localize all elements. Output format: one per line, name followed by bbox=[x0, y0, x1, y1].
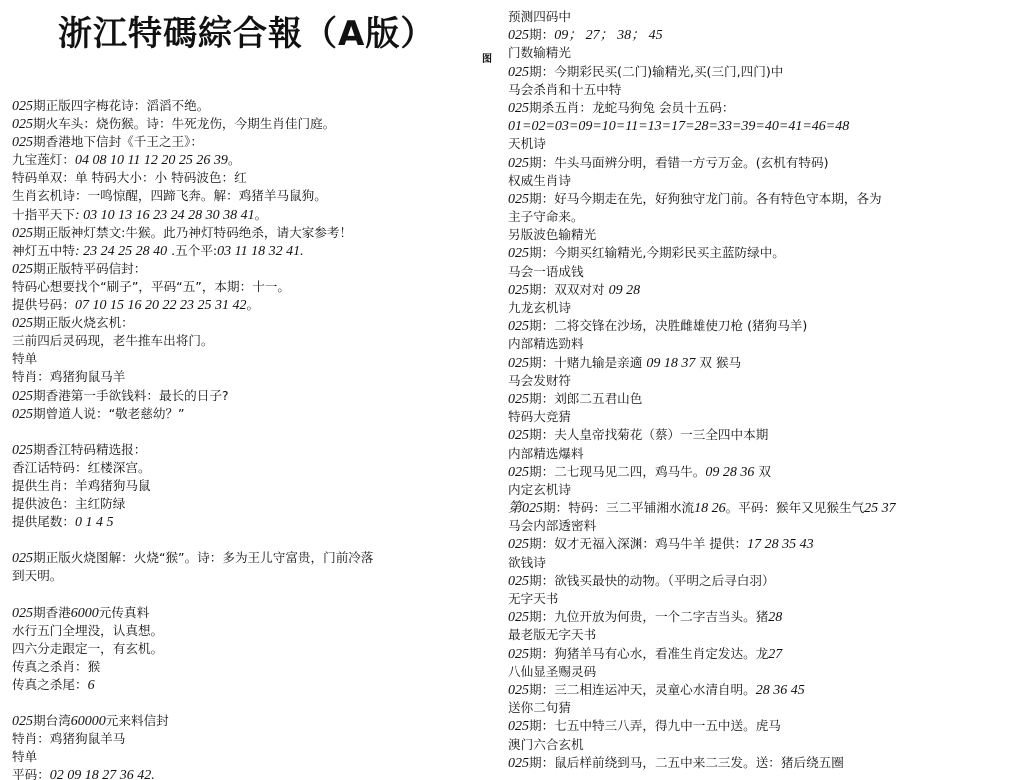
issue-number: 025 bbox=[12, 389, 33, 404]
line-text: 十指平天下 bbox=[12, 207, 75, 222]
text-line: 九宝莲灯：04 08 10 11 12 20 25 26 39。 bbox=[12, 151, 492, 169]
left-column: 025期正版四字梅花诗：滔滔不绝。025期火车头：烧伤猴。诗：牛死龙伤，今期生肖… bbox=[12, 97, 492, 780]
line-text: 期：今期买红输精光,今期彩民买主蓝防绿中。 bbox=[529, 245, 785, 260]
numbers: 28 bbox=[768, 610, 782, 625]
issue-number: 025 bbox=[508, 65, 529, 80]
issue-number: 025 bbox=[12, 262, 33, 277]
text-line: 特肖：鸡猪狗鼠马羊 bbox=[12, 368, 492, 386]
line-text: 香江话特码：红楼深宫。 bbox=[12, 460, 151, 475]
numbers: 09； 27； 38； 45 bbox=[554, 28, 663, 43]
text-line: 025期香港第一手欲钱料：最长的日子? bbox=[12, 387, 492, 405]
page-title: 浙江特碼綜合報（A版） bbox=[58, 6, 435, 55]
numbers: 6000 bbox=[71, 606, 99, 621]
line-text: 欲钱诗 bbox=[508, 555, 546, 570]
issue-number: 025 bbox=[508, 192, 529, 207]
text-line: 特单 bbox=[12, 748, 492, 766]
numbers: 09 28 36 bbox=[705, 465, 754, 480]
text-line: 澳门六合玄机 bbox=[508, 736, 1018, 754]
line-text: 内部精选勁料 bbox=[508, 336, 584, 351]
text-line: 025期：今期彩民买(二门)输精光,买(三门,四门)中 bbox=[508, 63, 1018, 81]
line-text: 期正版火烧玄机： bbox=[33, 315, 134, 330]
line-text: 期：今期彩民买(二门)输精光,买(三门,四门)中 bbox=[529, 64, 783, 79]
line-text: 期：狗猪羊马有心水，看准生肖定发达。龙 bbox=[529, 646, 768, 661]
text-line: 特码大竞猜 bbox=[508, 408, 1018, 426]
issue-number: 025 bbox=[508, 647, 529, 662]
line-text: 期：刘郎二五君山色 bbox=[529, 391, 642, 406]
text-line: 025期台湾60000元来料信封 bbox=[12, 712, 492, 730]
line-text: 门数输精光 bbox=[508, 45, 571, 60]
line-text: 九宝莲灯： bbox=[12, 152, 75, 167]
text-line: 025期正版火烧玄机： bbox=[12, 314, 492, 332]
line-text: 九龙玄机诗 bbox=[508, 300, 571, 315]
line-text: 期：奴才无福入深渊：鸡马牛羊 提供： bbox=[529, 536, 747, 551]
issue-number: 025 bbox=[508, 756, 529, 771]
text-line: 025期香港6000元传真料 bbox=[12, 604, 492, 622]
line-text: 传真之杀尾： bbox=[12, 677, 88, 692]
text-line: 特码单双：单 特码大小：小 特码波色：红 bbox=[12, 169, 492, 187]
numbers: 60000 bbox=[71, 714, 106, 729]
text-line: 025期：09； 27； 38； 45 bbox=[508, 26, 1018, 44]
line-text: 期：鼠后样前绕到马，二五中来二三发。送：猪后绕五圈 bbox=[529, 755, 844, 770]
text-line: 四六分走跟定一，有玄机。 bbox=[12, 640, 492, 658]
numbers: : 23 24 25 28 40 bbox=[75, 244, 167, 259]
text-line: 内部精选爆料 bbox=[508, 445, 1018, 463]
line-text: 期： bbox=[529, 27, 554, 42]
numbers: 02 09 18 27 36 42. bbox=[50, 768, 155, 780]
text-line: 025期：欲钱买最快的动物。（平明之后寻白羽） bbox=[508, 572, 1018, 590]
spacer bbox=[12, 694, 492, 712]
line-text: 内部精选爆料 bbox=[508, 446, 584, 461]
line-text: 期：双双对对 bbox=[529, 282, 609, 297]
text-line: 水行五门全埋没，认真想。 bbox=[12, 622, 492, 640]
text-line: 提供生肖：羊鸡猪狗马鼠 bbox=[12, 477, 492, 495]
line-text: 期：好马今期走在先，好狗独守龙门前。各有特色守本期，各为 bbox=[529, 191, 882, 206]
text-line: 香江话特码：红楼深宫。 bbox=[12, 459, 492, 477]
text-line: 九龙玄机诗 bbox=[508, 299, 1018, 317]
numbers: 27 bbox=[768, 647, 782, 662]
issue-number: 025 bbox=[12, 316, 33, 331]
text-line: 门数输精光 bbox=[508, 44, 1018, 62]
text-line: 特肖：鸡猪狗鼠羊马 bbox=[12, 730, 492, 748]
issue-number: 025 bbox=[508, 537, 529, 552]
issue-number: 025 bbox=[508, 719, 529, 734]
numbers: : 03 10 13 16 23 24 28 30 38 41 bbox=[75, 208, 255, 223]
line-text: 期香港 bbox=[33, 605, 71, 620]
line-text: 特肖：鸡猪狗鼠马羊 bbox=[12, 369, 125, 384]
numbers: 18 26 bbox=[694, 501, 726, 516]
text-line: 025期正版四字梅花诗：滔滔不绝。 bbox=[12, 97, 492, 115]
issue-number: 025 bbox=[12, 407, 33, 422]
line-text: 期：牛头马面辨分明，看错一方亏万金。(玄机有特码) bbox=[529, 155, 828, 170]
line-text: 期：七五中特三八弄，得九中一五中送。虎马 bbox=[529, 718, 781, 733]
text-line: 025期香江特码精选报： bbox=[12, 441, 492, 459]
text-line: 天机诗 bbox=[508, 135, 1018, 153]
text-line: 025期：狗猪羊马有心水，看准生肖定发达。龙27 bbox=[508, 645, 1018, 663]
line-text: 期火车头：烧伤猴。诗：牛死龙伤，今期生肖佳门庭。 bbox=[33, 116, 335, 131]
issue-number: 025 bbox=[508, 574, 529, 589]
text-line: 025期正版特平码信封： bbox=[12, 260, 492, 278]
issue-number: 025 bbox=[508, 28, 529, 43]
text-line: 025期：九位开放为何贵，一个二字吉当头。猪28 bbox=[508, 608, 1018, 626]
line-text: 水行五门全埋没，认真想。 bbox=[12, 623, 163, 638]
issue-number: 025 bbox=[12, 99, 33, 114]
line-text: 到天明。 bbox=[12, 568, 62, 583]
text-line: 025期：双双对对 09 28 bbox=[508, 281, 1018, 299]
issue-number: 025 bbox=[508, 246, 529, 261]
line-text: 期：九位开放为何贵，一个二字吉当头。猪 bbox=[529, 609, 768, 624]
numbers-secondary: 25 37 bbox=[864, 501, 896, 516]
line-text: 期正版四字梅花诗：滔滔不绝。 bbox=[33, 98, 209, 113]
line-suffix: 元传真料 bbox=[99, 605, 149, 620]
text-line: 无字天书 bbox=[508, 590, 1018, 608]
line-suffix: 。 bbox=[255, 207, 268, 222]
line-text: 期香港地下信封《千王之王》： bbox=[33, 134, 203, 149]
numbers: 6 bbox=[88, 678, 95, 693]
text-line: 最老版无字天书 bbox=[508, 626, 1018, 644]
numbers: 09 28 bbox=[609, 283, 641, 298]
text-line: 025期正版神灯禁文:牛猴。此乃神灯特码绝杀，请大家参考！ bbox=[12, 224, 492, 242]
text-line: 另版波色输精光 bbox=[508, 226, 1018, 244]
text-line: 025期正版火烧图解：火烧“猴”。诗：多为王儿守富贵，门前冷落 bbox=[12, 549, 492, 567]
text-line: 特码心想要找个“刷子”，平码“五”，本期：十一。 bbox=[12, 278, 492, 296]
text-line: 传真之杀尾：6 bbox=[12, 676, 492, 694]
numbers: 09 18 37 bbox=[646, 356, 695, 371]
issue-number: 025 bbox=[508, 156, 529, 171]
line-text: 期：三二相连运冲天，灵童心水清自明。 bbox=[529, 682, 756, 697]
text-line: 神灯五中特: 23 24 25 28 40 .五个平:03 11 18 32 4… bbox=[12, 242, 492, 260]
line-text: 期：欲钱买最快的动物。（平明之后寻白羽） bbox=[529, 573, 775, 588]
numbers: 28 36 45 bbox=[756, 683, 805, 698]
numbers: 04 08 10 11 12 20 25 26 39 bbox=[75, 153, 228, 168]
line-text: 四六分走跟定一，有玄机。 bbox=[12, 641, 163, 656]
numbers: 17 28 35 43 bbox=[747, 537, 814, 552]
issue-number: 第025 bbox=[508, 501, 543, 516]
text-line: 025期：二将交锋在沙场，决胜雌雄使刀枪 (猪狗马羊) bbox=[508, 317, 1018, 335]
line-text: 期香港第一手欲钱料：最长的日子? bbox=[33, 388, 229, 403]
line-text: 期：二七现马见二四，鸡马牛。 bbox=[529, 464, 705, 479]
line-text: 八仙显圣赐灵码 bbox=[508, 664, 596, 679]
line-text: 期：夫人皇帝找菊花（蔡）一三全四中本期 bbox=[529, 427, 768, 442]
text-line: 025期：刘郎二五君山色 bbox=[508, 390, 1018, 408]
text-line: 生肖玄机诗：一鸣惊醒，四蹄飞奔。解：鸡猪羊马鼠狗。 bbox=[12, 187, 492, 205]
issue-number: 025 bbox=[508, 683, 529, 698]
line-text: 提供尾数： bbox=[12, 514, 75, 529]
issue-number: 025 bbox=[508, 465, 529, 480]
text-line: 马会发财符 bbox=[508, 372, 1018, 390]
line-text: 期：特码：三二平铺湘水流 bbox=[543, 500, 694, 515]
text-line: 025期：鼠后样前绕到马，二五中来二三发。送：猪后绕五圈 bbox=[508, 754, 1018, 772]
text-line: 马会内部透密料 bbox=[508, 517, 1018, 535]
issue-number: 025 bbox=[508, 356, 529, 371]
issue-number: 025 bbox=[508, 610, 529, 625]
line-text: 特码心想要找个“刷子”，平码“五”，本期：十一。 bbox=[12, 279, 290, 294]
text-line: 内部精选勁料 bbox=[508, 335, 1018, 353]
issue-number: 025 bbox=[12, 551, 33, 566]
line-text: 送你二句猜 bbox=[508, 700, 571, 715]
line-text: 无字天书 bbox=[508, 591, 558, 606]
text-line: 025期曾道人说：“敬老慈幼？” bbox=[12, 405, 492, 423]
numbers: 0 1 4 5 bbox=[75, 515, 114, 530]
text-line: 提供波色：主红防绿 bbox=[12, 495, 492, 513]
text-line: 025期：夫人皇帝找菊花（蔡）一三全四中本期 bbox=[508, 426, 1018, 444]
line-text: 期：十赌九输是亲適 bbox=[529, 355, 646, 370]
text-line: 025期：好马今期走在先，好狗独守龙门前。各有特色守本期，各为 bbox=[508, 190, 1018, 208]
numbers: 07 10 15 16 20 22 23 25 31 42 bbox=[75, 298, 247, 313]
text-line: 025期：二七现马见二四，鸡马牛。09 28 36 双 bbox=[508, 463, 1018, 481]
line-text: 平码： bbox=[12, 767, 50, 780]
line-text: 期正版火烧图解：火烧“猴”。诗：多为王儿守富贵，门前冷落 bbox=[33, 550, 374, 565]
text-line: 025期杀五肖：龙蛇马狗兔 会员十五码： bbox=[508, 99, 1018, 117]
line-text: 另版波色输精光 bbox=[508, 227, 596, 242]
line-text: 三前四后灵码现，老牛推车出将门。 bbox=[12, 333, 214, 348]
issue-number: 025 bbox=[12, 135, 33, 150]
issue-number: 025 bbox=[12, 117, 33, 132]
text-line: 传真之杀肖：猴 bbox=[12, 658, 492, 676]
line-text: 内定玄机诗 bbox=[508, 482, 571, 497]
issue-number: 025 bbox=[508, 319, 529, 334]
line-suffix: 双 猴马 bbox=[695, 355, 741, 370]
numbers: 01=02=03=09=10=11=13=17=28=33=39=40=41=4… bbox=[508, 119, 849, 134]
line-suffix: .五个平: bbox=[167, 243, 217, 258]
line-text: 期：二将交锋在沙场，决胜雌雄使刀枪 (猪狗马羊) bbox=[529, 318, 807, 333]
issue-number: 025 bbox=[12, 443, 33, 458]
issue-number: 025 bbox=[508, 101, 529, 116]
line-text: 特码单双：单 特码大小：小 特码波色：红 bbox=[12, 170, 247, 185]
text-line: 欲钱诗 bbox=[508, 554, 1018, 572]
line-suffix: 双 bbox=[754, 464, 771, 479]
text-line: 025期：奴才无福入深渊：鸡马牛羊 提供：17 28 35 43 bbox=[508, 535, 1018, 553]
text-line: 预测四码中 bbox=[508, 8, 1018, 26]
line-text: 期正版神灯禁文:牛猴。此乃神灯特码绝杀，请大家参考！ bbox=[33, 225, 352, 240]
line-text: 特码大竞猜 bbox=[508, 409, 571, 424]
line-text: 传真之杀肖：猴 bbox=[12, 659, 100, 674]
line-text: 神灯五中特 bbox=[12, 243, 75, 258]
line-text: 期杀五肖：龙蛇马狗兔 会员十五码： bbox=[529, 100, 735, 115]
issue-number: 025 bbox=[12, 606, 33, 621]
text-line: 权威生肖诗 bbox=[508, 172, 1018, 190]
text-line: 三前四后灵码现，老牛推车出将门。 bbox=[12, 332, 492, 350]
line-text: 马会内部透密料 bbox=[508, 518, 596, 533]
line-text: 预测四码中 bbox=[508, 9, 571, 24]
text-line: 提供尾数：0 1 4 5 bbox=[12, 513, 492, 531]
issue-number: 025 bbox=[508, 428, 529, 443]
line-text: 马会发财符 bbox=[508, 373, 571, 388]
text-line: 十指平天下: 03 10 13 16 23 24 28 30 38 41。 bbox=[12, 206, 492, 224]
line-text: 马会杀肖和十五中特 bbox=[508, 82, 621, 97]
spacer bbox=[12, 586, 492, 604]
text-line: 025期香港地下信封《千王之王》： bbox=[12, 133, 492, 151]
text-line: 第025期：特码：三二平铺湘水流18 26。平码：猴年又见猴生气25 37 bbox=[508, 499, 1018, 517]
issue-number: 025 bbox=[508, 392, 529, 407]
line-text: 期香江特码精选报： bbox=[33, 442, 146, 457]
line-text: 特单 bbox=[12, 749, 37, 764]
text-line: 八仙显圣赐灵码 bbox=[508, 663, 1018, 681]
issue-number: 025 bbox=[508, 283, 529, 298]
text-line: 025期：今期买红输精光,今期彩民买主蓝防绿中。 bbox=[508, 244, 1018, 262]
text-line: 01=02=03=09=10=11=13=17=28=33=39=40=41=4… bbox=[508, 117, 1018, 135]
line-text: 特单 bbox=[12, 351, 37, 366]
text-line: 马会一语成钱 bbox=[508, 263, 1018, 281]
text-line: 025期：七五中特三八弄，得九中一五中送。虎马 bbox=[508, 717, 1018, 735]
text-line: 025期：三二相连运冲天，灵童心水清自明。28 36 45 bbox=[508, 681, 1018, 699]
line-text: 提供生肖：羊鸡猪狗马鼠 bbox=[12, 478, 151, 493]
issue-number: 025 bbox=[12, 714, 33, 729]
spacer bbox=[12, 531, 492, 549]
text-line: 马会杀肖和十五中特 bbox=[508, 81, 1018, 99]
text-line: 送你二句猜 bbox=[508, 699, 1018, 717]
line-text: 澳门六合玄机 bbox=[508, 737, 584, 752]
text-line: 025期：十赌九输是亲適 09 18 37 双 猴马 bbox=[508, 354, 1018, 372]
line-text: 期曾道人说：“敬老慈幼？” bbox=[33, 406, 185, 421]
spacer bbox=[12, 423, 492, 441]
line-text: 生肖玄机诗：一鸣惊醒，四蹄飞奔。解：鸡猪羊马鼠狗。 bbox=[12, 188, 327, 203]
line-text: 天机诗 bbox=[508, 136, 546, 151]
line-text: 权威生肖诗 bbox=[508, 173, 571, 188]
line-text: 期台湾 bbox=[33, 713, 71, 728]
line-text: 最老版无字天书 bbox=[508, 627, 596, 642]
text-line: 025期火车头：烧伤猴。诗：牛死龙伤，今期生肖佳门庭。 bbox=[12, 115, 492, 133]
line-text: 主子守命来。 bbox=[508, 209, 584, 224]
line-text: 提供号码： bbox=[12, 297, 75, 312]
line-suffix: 。平码：猴年又见猴生气 bbox=[726, 500, 865, 515]
right-column: 预测四码中025期：09； 27； 38； 45门数输精光025期：今期彩民买(… bbox=[508, 8, 1018, 772]
line-text: 提供波色：主红防绿 bbox=[12, 496, 125, 511]
numbers-secondary: 03 11 18 32 41. bbox=[217, 244, 303, 259]
text-line: 提供号码：07 10 15 16 20 22 23 25 31 42。 bbox=[12, 296, 492, 314]
text-line: 025期：牛头马面辨分明，看错一方亏万金。(玄机有特码) bbox=[508, 154, 1018, 172]
line-text: 期正版特平码信封： bbox=[33, 261, 146, 276]
text-line: 特单 bbox=[12, 350, 492, 368]
line-suffix: 。 bbox=[228, 152, 241, 167]
line-suffix: 元来料信封 bbox=[106, 713, 169, 728]
line-text: 马会一语成钱 bbox=[508, 264, 584, 279]
issue-number: 025 bbox=[12, 226, 33, 241]
image-marker-icon: 图 bbox=[482, 50, 492, 65]
text-line: 平码：02 09 18 27 36 42. bbox=[12, 766, 492, 780]
line-suffix: 。 bbox=[246, 297, 259, 312]
text-line: 主子守命来。 bbox=[508, 208, 1018, 226]
text-line: 到天明。 bbox=[12, 567, 492, 585]
line-text: 特肖：鸡猪狗鼠羊马 bbox=[12, 731, 125, 746]
text-line: 内定玄机诗 bbox=[508, 481, 1018, 499]
